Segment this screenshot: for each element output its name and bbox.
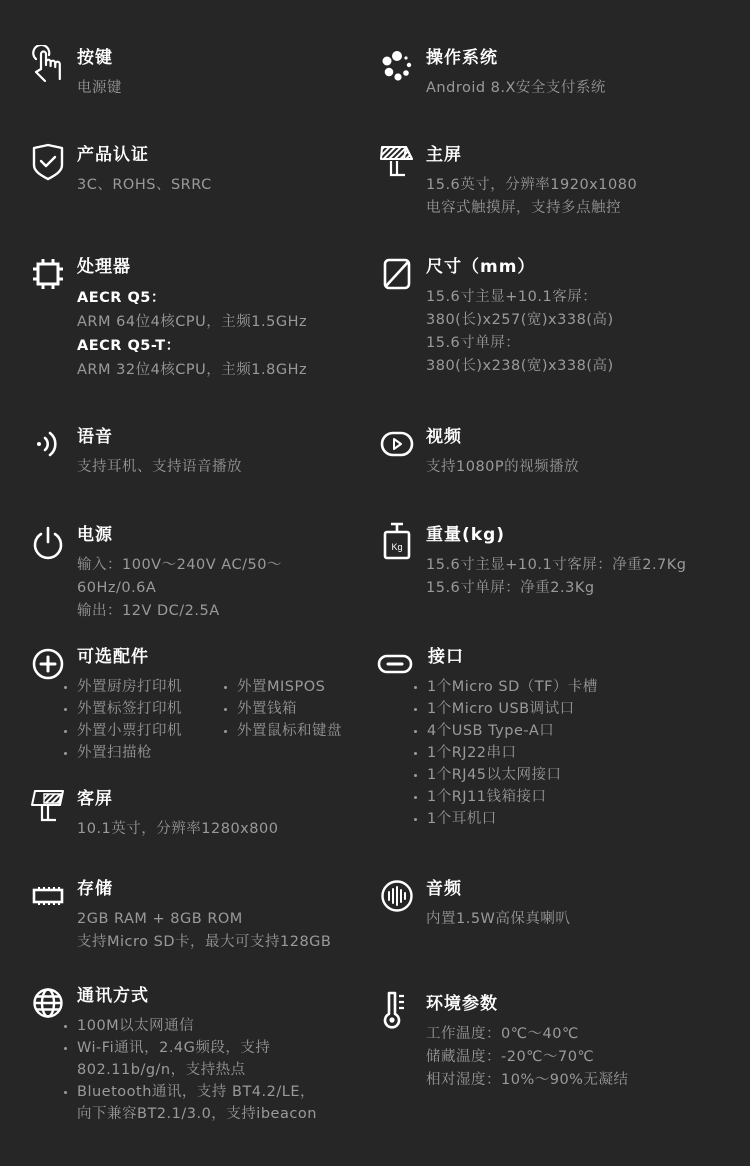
spec-line: 内置1.5W高保真喇叭 — [426, 908, 570, 931]
spec-line: 支持耳机、支持语音播放 — [77, 456, 242, 479]
spec-body: 1个Micro SD（TF）卡槽 1个Micro USB调试口 4个USB Ty… — [413, 676, 598, 830]
cpu-model-name: AECR Q5-T： — [77, 334, 307, 358]
spec-line: 电容式触摸屏，支持多点触控 — [426, 197, 637, 220]
list-item: 外置鼠标和键盘 — [223, 720, 369, 742]
spec-body: 3C、ROHS、SRRC — [77, 174, 212, 197]
list-item: 外置小票打印机 — [63, 720, 209, 742]
spec-title: 重量(kg) — [426, 524, 505, 546]
spec-line: 380(长)x257(宽)x338(高) — [426, 309, 614, 332]
cpu-model-name: AECR Q5： — [77, 286, 307, 310]
cpu-model-desc: ARM 64位4核CPU，主频1.5GHz — [77, 310, 307, 334]
spec-line: 10.1英寸，分辨率1280x800 — [77, 818, 278, 841]
spec-title: 音频 — [426, 878, 462, 900]
list-item: 4个USB Type-A口 — [413, 720, 598, 742]
list-item: 1个RJ22串口 — [413, 742, 598, 764]
monitor-icon — [379, 144, 415, 180]
list-item: 外置厨房打印机 — [63, 676, 209, 698]
spec-line: 15.6英寸，分辨率1920x1080 — [426, 174, 637, 197]
spec-title: 产品认证 — [77, 144, 149, 166]
spec-body: 电源键 — [77, 77, 122, 100]
spec-body: 工作温度：0℃～40℃ 储藏温度：-20℃～70℃ 相对湿度：10%～90%无凝… — [426, 1023, 628, 1092]
spec-body: 15.6寸主显+10.1寸客屏：净重2.7Kg 15.6寸单屏：净重2.3Kg — [426, 554, 687, 600]
spec-title: 操作系统 — [426, 47, 498, 69]
list-item: 外置钱箱 — [223, 698, 369, 720]
comm-list: 100M以太网通信 Wi-Fi通讯，2.4G频段，支持 802.11b/g/n，… — [63, 1015, 317, 1125]
list-item: 外置标签打印机 — [63, 698, 209, 720]
list-item: 1个耳机口 — [413, 808, 598, 830]
spec-title: 客屏 — [77, 788, 113, 810]
spec-line: Android 8.X安全支付系统 — [426, 77, 606, 100]
list-item-line: 802.11b/g/n，支持热点 — [77, 1059, 317, 1081]
spec-line: 储藏温度：-20℃～70℃ — [426, 1046, 628, 1069]
spec-line: 15.6寸单屏： — [426, 332, 614, 355]
list-item: 1个RJ45以太网接口 — [413, 764, 598, 786]
power-icon — [30, 526, 66, 562]
spec-title: 存储 — [77, 878, 113, 900]
spec-line: 3C、ROHS、SRRC — [77, 174, 212, 197]
spec-title: 可选配件 — [77, 646, 149, 668]
svg-text:Kg: Kg — [391, 542, 402, 552]
spec-body: 10.1英寸，分辨率1280x800 — [77, 818, 278, 841]
spec-title: 接口 — [428, 646, 464, 668]
spec-line: 输出：12V DC/2.5A — [77, 600, 282, 623]
audio-wave-icon — [379, 878, 415, 914]
list-item: 1个Micro USB调试口 — [413, 698, 598, 720]
globe-icon — [30, 985, 66, 1021]
accessory-list: 外置MISPOS 外置钱箱 外置鼠标和键盘 — [223, 676, 369, 764]
chip-icon — [30, 256, 66, 292]
spec-body: 外置厨房打印机 外置标签打印机 外置小票打印机 外置扫描枪 外置MISPOS 外… — [63, 676, 369, 764]
list-item: 1个RJ11钱箱接口 — [413, 786, 598, 808]
cpu-model-desc: ARM 32位4核CPU，主频1.8GHz — [77, 358, 307, 382]
sound-wave-icon — [30, 426, 66, 462]
spec-line: 支持Micro SD卡，最大可支持128GB — [77, 931, 331, 954]
spec-title: 语音 — [77, 426, 113, 448]
spec-title: 电源 — [77, 524, 113, 546]
spec-line: 相对湿度：10%～90%无凝结 — [426, 1069, 628, 1092]
list-item-line: Wi-Fi通讯，2.4G频段，支持 — [77, 1037, 317, 1059]
hand-tap-icon — [30, 47, 66, 83]
spec-title: 尺寸（mm） — [426, 256, 535, 278]
thermometer-icon — [379, 990, 415, 1030]
spec-body: 2GB RAM + 8GB ROM 支持Micro SD卡，最大可支持128GB — [77, 908, 331, 954]
spec-body: 支持1080P的视频播放 — [426, 456, 579, 479]
list-item-line: 100M以太网通信 — [77, 1015, 317, 1037]
spec-line: 60Hz/0.6A — [77, 577, 282, 600]
weight-kg-icon: Kg — [379, 522, 415, 562]
list-item-line: 向下兼容BT2.1/3.0，支持ibeacon — [77, 1103, 317, 1125]
list-item-line: Bluetooth通讯，支持 BT4.2/LE， — [77, 1081, 317, 1103]
loading-dots-icon — [379, 47, 415, 83]
customer-display-icon — [30, 788, 66, 824]
list-item: Wi-Fi通讯，2.4G频段，支持 802.11b/g/n，支持热点 — [63, 1037, 317, 1081]
memory-icon — [30, 878, 66, 914]
list-item: Bluetooth通讯，支持 BT4.2/LE， 向下兼容BT2.1/3.0，支… — [63, 1081, 317, 1125]
spec-body: 输入：100V～240V AC/50～ 60Hz/0.6A 输出：12V DC/… — [77, 554, 282, 623]
spec-title: 处理器 — [77, 256, 131, 278]
spec-body: AECR Q5： ARM 64位4核CPU，主频1.5GHz AECR Q5-T… — [77, 286, 307, 382]
spec-line: 15.6寸主显+10.1寸客屏：净重2.7Kg — [426, 554, 687, 577]
spec-title: 按键 — [77, 47, 113, 69]
port-list: 1个Micro SD（TF）卡槽 1个Micro USB调试口 4个USB Ty… — [413, 676, 598, 830]
size-square-icon — [379, 256, 415, 292]
spec-line: 15.6寸单屏：净重2.3Kg — [426, 577, 687, 600]
spec-title: 环境参数 — [426, 993, 498, 1015]
spec-body: Android 8.X安全支付系统 — [426, 77, 606, 100]
list-item: 外置扫描枪 — [63, 742, 209, 764]
play-icon — [379, 426, 415, 462]
spec-title: 通讯方式 — [77, 985, 149, 1007]
accessory-list: 外置厨房打印机 外置标签打印机 外置小票打印机 外置扫描枪 — [63, 676, 209, 764]
usb-c-port-icon — [377, 646, 413, 682]
list-item: 1个Micro SD（TF）卡槽 — [413, 676, 598, 698]
spec-line: 15.6寸主显+10.1客屏： — [426, 286, 614, 309]
spec-body: 内置1.5W高保真喇叭 — [426, 908, 570, 931]
spec-line: 输入：100V～240V AC/50～ — [77, 554, 282, 577]
plus-circle-icon — [30, 646, 66, 682]
spec-line: 380(长)x238(宽)x338(高) — [426, 355, 614, 378]
spec-body: 支持耳机、支持语音播放 — [77, 456, 242, 479]
shield-check-icon — [30, 144, 66, 180]
list-item: 100M以太网通信 — [63, 1015, 317, 1037]
list-item: 外置MISPOS — [223, 676, 369, 698]
spec-line: 电源键 — [77, 77, 122, 100]
spec-title: 视频 — [426, 426, 462, 448]
spec-body: 15.6英寸，分辨率1920x1080 电容式触摸屏，支持多点触控 — [426, 174, 637, 220]
spec-line: 支持1080P的视频播放 — [426, 456, 579, 479]
spec-line: 工作温度：0℃～40℃ — [426, 1023, 628, 1046]
spec-title: 主屏 — [426, 144, 462, 166]
spec-body: 100M以太网通信 Wi-Fi通讯，2.4G频段，支持 802.11b/g/n，… — [63, 1015, 317, 1125]
spec-body: 15.6寸主显+10.1客屏： 380(长)x257(宽)x338(高) 15.… — [426, 286, 614, 378]
spec-line: 2GB RAM + 8GB ROM — [77, 908, 331, 931]
